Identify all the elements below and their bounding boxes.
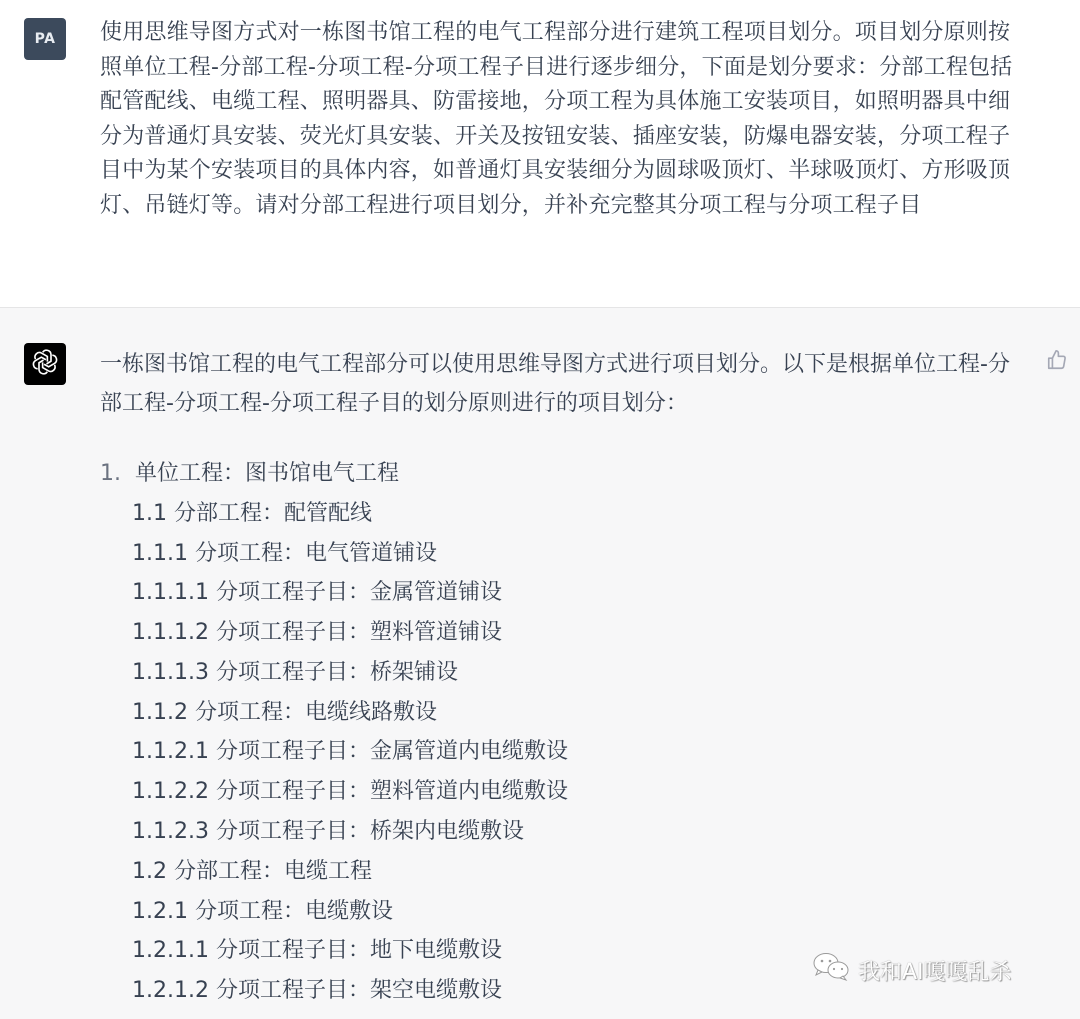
outline-item: 1.2.1.2 分项工程子目：架空电缆敷设 xyxy=(132,971,502,1011)
outline-item: 1.1 分部工程：配管配线 xyxy=(132,494,372,534)
outline-item-text: 单位工程：图书馆电气工程 xyxy=(135,461,399,486)
outline-item-unit: 1.单位工程：图书馆电气工程 xyxy=(100,454,399,494)
outline-item: 1.2.1 分项工程：电缆敷设 xyxy=(132,892,393,932)
user-avatar: PA xyxy=(24,18,66,60)
outline-item: 1.1.1 分项工程：电气管道铺设 xyxy=(132,534,437,574)
thumbs-up-button[interactable] xyxy=(1044,349,1070,375)
outline-item: 1.1.1.3 分项工程子目：桥架铺设 xyxy=(132,653,458,693)
wechat-icon xyxy=(812,952,852,988)
outline-item: 1.1.2.1 分项工程子目：金属管道内电缆敷设 xyxy=(132,732,568,772)
outline-item: 1.2.1.1 分项工程子目：地下电缆敷设 xyxy=(132,931,502,971)
watermark-text: 我和AI嘎嘎乱杀 xyxy=(858,955,1012,986)
outline-item: 1.1.2.3 分项工程子目：桥架内电缆敷设 xyxy=(132,812,524,852)
user-message: PA 使用思维导图方式对一栋图书馆工程的电气工程部分进行建筑工程项目划分。项目划… xyxy=(0,0,1080,308)
outline-item: 1.1.2 分项工程：电缆线路敷设 xyxy=(132,693,437,733)
watermark: 我和AI嘎嘎乱杀 xyxy=(812,952,1012,988)
assistant-avatar xyxy=(24,343,66,385)
assistant-message: 一栋图书馆工程的电气工程部分可以使用思维导图方式进行项目划分。以下是根据单位工程… xyxy=(0,309,1080,1019)
outline-item: 1.2 分部工程：电缆工程 xyxy=(132,852,372,892)
user-message-text: 使用思维导图方式对一栋图书馆工程的电气工程部分进行建筑工程项目划分。项目划分原则… xyxy=(100,16,1030,223)
assistant-intro-text: 一栋图书馆工程的电气工程部分可以使用思维导图方式进行项目划分。以下是根据单位工程… xyxy=(100,345,1030,423)
list-number: 1. xyxy=(100,461,121,486)
thumbs-up-icon xyxy=(1046,349,1068,375)
user-avatar-initials: PA xyxy=(35,31,56,47)
outline-item: 1.1.1.2 分项工程子目：塑料管道铺设 xyxy=(132,613,502,653)
outline-item: 1.1.1.1 分项工程子目：金属管道铺设 xyxy=(132,573,502,613)
openai-logo-icon xyxy=(30,347,60,381)
outline-item: 1.1.2.2 分项工程子目：塑料管道内电缆敷设 xyxy=(132,772,568,812)
